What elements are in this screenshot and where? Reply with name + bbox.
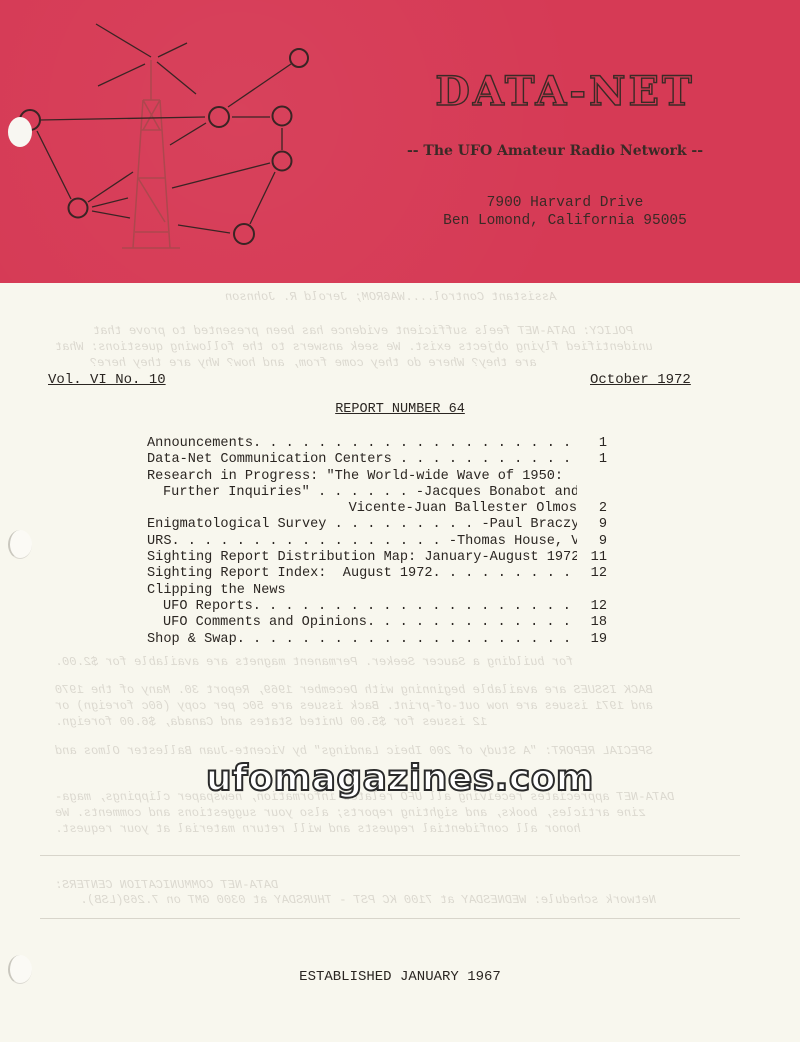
toc-entry: Announcements. . . . . . . . . . . . . .…	[147, 436, 607, 452]
ghost-text: unidentified flying objects exist. We se…	[55, 340, 653, 354]
newsletter-title: DATA-NET	[420, 68, 710, 115]
toc-entry-title: Research in Progress: "The World-wide Wa…	[147, 469, 577, 485]
toc-entry-title: Shop & Swap. . . . . . . . . . . . . . .…	[147, 632, 577, 648]
address-line-2: Ben Lomond, California 95005	[420, 212, 710, 230]
ghost-text: DATA-NET COMMUNICATION CENTERS:	[55, 878, 278, 892]
ghost-text: for building a Saucer Seeker. Permanent …	[55, 655, 573, 669]
toc-entry-title: Sighting Report Index: August 1972. . . …	[147, 566, 577, 582]
mailing-address: 7900 Harvard Drive Ben Lomond, Californi…	[420, 194, 710, 230]
ghost-text: SPECIAL REPORT: "A Study of 200 Ibeic La…	[55, 744, 653, 758]
issue-date: October 1972	[590, 372, 691, 388]
toc-entry: Sighting Report Index: August 1972. . . …	[147, 566, 607, 582]
toc-entry-page: 19	[577, 632, 607, 648]
punch-hole	[8, 117, 32, 147]
toc-entry: Vicente-Juan Ballester Olmos2	[147, 501, 607, 517]
toc-entry-title: Vicente-Juan Ballester Olmos	[147, 501, 577, 517]
toc-entry: Data-Net Communication Centers . . . . .…	[147, 452, 607, 468]
toc-entry: Further Inquiries" . . . . . . -Jacques …	[147, 485, 607, 501]
ghost-text: honor all confidential requests and will…	[55, 822, 581, 836]
toc-entry: Shop & Swap. . . . . . . . . . . . . . .…	[147, 632, 607, 648]
toc-entry-title: Enigmatological Survey . . . . . . . . .…	[147, 517, 577, 533]
toc-entry-page: 1	[577, 436, 607, 452]
ghost-text: zine articles, books, and sighting repor…	[55, 806, 646, 820]
toc-entry-page: 18	[577, 615, 607, 631]
toc-entry: Clipping the News	[147, 583, 607, 599]
toc-entry-title: Data-Net Communication Centers . . . . .…	[147, 452, 577, 468]
toc-entry-page: 1	[577, 452, 607, 468]
toc-entry-page	[577, 485, 607, 501]
toc-entry-title: URS. . . . . . . . . . . . . . . . . -Th…	[147, 534, 577, 550]
ghost-rule	[40, 918, 740, 919]
ghost-text: BACK ISSUES are available beginning with…	[55, 683, 653, 697]
ghost-text: are they? Where do they come from, and h…	[90, 356, 536, 370]
volume-number: Vol. VI No. 10	[48, 372, 166, 388]
newsletter-subtitle: -- The UFO Amateur Radio Network --	[380, 143, 730, 159]
toc-entry-page: 9	[577, 534, 607, 550]
ghost-text: Assistant Control....WA6ROM; Jerold R. J…	[225, 290, 556, 304]
toc-entry-title: UFO Reports. . . . . . . . . . . . . . .…	[163, 599, 577, 615]
toc-entry: Enigmatological Survey . . . . . . . . .…	[147, 517, 607, 533]
table-of-contents: Announcements. . . . . . . . . . . . . .…	[147, 436, 607, 648]
toc-entry-page: 2	[577, 501, 607, 517]
report-number: REPORT NUMBER 64	[0, 402, 800, 417]
ghost-text: Network schedule: WEDNESDAY at 7100 KC P…	[80, 893, 656, 907]
ghost-rule	[40, 855, 740, 856]
ghost-text: 12 issues for $5.00 United States and Ca…	[55, 715, 487, 729]
established-footer: ESTABLISHED JANUARY 1967	[0, 969, 800, 985]
masthead: DATA-NET -- The UFO Amateur Radio Networ…	[0, 0, 800, 283]
watermark: ufomagazines.com	[0, 758, 800, 799]
toc-entry-page: 11	[577, 550, 607, 566]
toc-entry-page	[577, 583, 607, 599]
toc-entry-page: 12	[577, 599, 607, 615]
radio-tower-network-icon	[0, 0, 340, 283]
toc-entry: UFO Reports. . . . . . . . . . . . . . .…	[147, 599, 607, 615]
toc-entry: Sighting Report Distribution Map: Januar…	[147, 550, 607, 566]
ghost-text: and 1971 issues are now out-of-print. Ba…	[55, 699, 653, 713]
toc-entry: UFO Comments and Opinions. . . . . . . .…	[147, 615, 607, 631]
address-line-1: 7900 Harvard Drive	[420, 194, 710, 212]
toc-entry-title: Further Inquiries" . . . . . . -Jacques …	[163, 485, 577, 501]
toc-entry: Research in Progress: "The World-wide Wa…	[147, 469, 607, 485]
toc-entry-title: UFO Comments and Opinions. . . . . . . .…	[163, 615, 577, 631]
ghost-text: POLICY: DATA-NET feels sufficient eviden…	[93, 324, 633, 338]
punch-hole	[8, 530, 32, 559]
toc-entry-title: Sighting Report Distribution Map: Januar…	[147, 550, 577, 566]
toc-entry-page: 12	[577, 566, 607, 582]
toc-entry: URS. . . . . . . . . . . . . . . . . -Th…	[147, 534, 607, 550]
toc-entry-title: Clipping the News	[147, 583, 577, 599]
toc-entry-page: 9	[577, 517, 607, 533]
toc-entry-title: Announcements. . . . . . . . . . . . . .…	[147, 436, 577, 452]
toc-entry-page	[577, 469, 607, 485]
